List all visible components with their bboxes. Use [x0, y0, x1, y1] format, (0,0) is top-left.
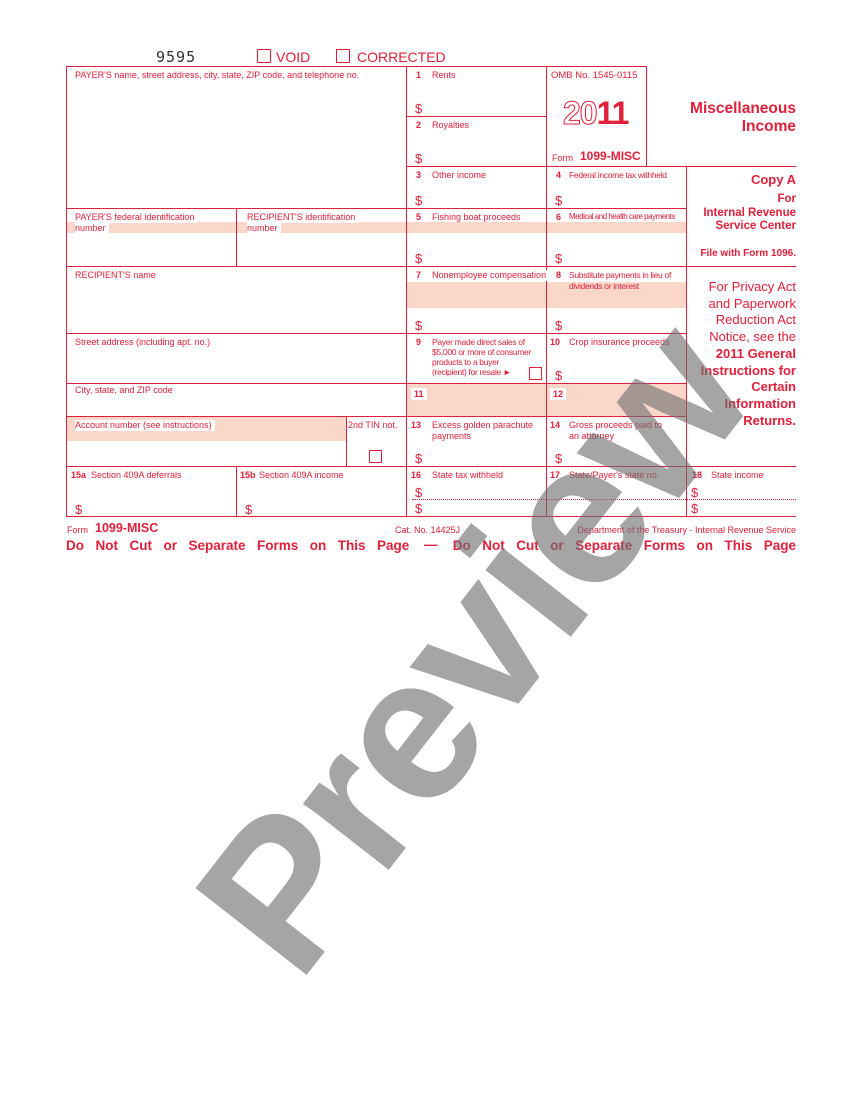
box-9-num: 9: [416, 337, 421, 347]
footer-form-name: 1099-MISC: [95, 521, 158, 535]
box-16-state-tax-field-1[interactable]: [426, 482, 545, 498]
city-state-zip-label: City, state, and ZIP code: [75, 385, 173, 396]
box-3-num: 3: [416, 170, 421, 180]
box-14-dollar: $: [555, 451, 562, 466]
form-code: 9595: [156, 48, 196, 66]
box-15a-label: Section 409A deferrals: [91, 470, 182, 481]
box-10-num: 10: [550, 337, 560, 347]
privacy-line-1: For Privacy Act: [701, 279, 796, 296]
street-address-label: Street address (including apt. no.): [75, 337, 210, 348]
box-10-crop-field[interactable]: [566, 350, 685, 382]
corrected-label: CORRECTED: [357, 49, 446, 65]
recipient-id-field[interactable]: [237, 236, 405, 265]
privacy-notice: For Privacy Act and Paperwork Reduction …: [701, 279, 796, 429]
box-3-dollar: $: [415, 193, 422, 208]
copy-irs-2: Service Center: [703, 220, 796, 234]
box-17-label: State/Payer's state no.: [569, 470, 659, 481]
box-16-label: State tax withheld: [432, 470, 503, 481]
street-address-field[interactable]: [67, 349, 405, 382]
privacy-line-6: Instructions for: [701, 363, 796, 380]
box-4-num: 4: [556, 170, 561, 180]
copy-a-recipient: For Internal Revenue Service Center: [703, 193, 796, 234]
box-15a-num: 15a: [71, 470, 86, 480]
box-8-label-1: Substitute payments in lieu of: [569, 270, 671, 281]
box-10-dollar: $: [555, 368, 562, 383]
box-13-parachute-field[interactable]: [426, 444, 545, 465]
box-15a-dollar: $: [75, 502, 82, 517]
box-16-dollar-1: $: [415, 485, 422, 500]
footer-form-prefix: Form: [67, 525, 88, 536]
box-12-field[interactable]: [547, 384, 685, 415]
box-18-state-income-field-2[interactable]: [702, 500, 796, 515]
box-13-num: 13: [411, 420, 421, 430]
box-10-label: Crop insurance proceeds: [569, 337, 670, 348]
box-7-num: 7: [416, 270, 421, 280]
tax-year-outline: 20: [563, 95, 597, 131]
payer-name-label: PAYER'S name, street address, city, stat…: [75, 70, 359, 81]
box-15b-label: Section 409A income: [259, 470, 344, 481]
box-5-fishing-field[interactable]: [426, 236, 545, 265]
box-7-nonemployee-field[interactable]: [426, 310, 545, 332]
account-number-field[interactable]: [67, 442, 345, 465]
omb-number: OMB No. 1545-0115: [551, 71, 637, 82]
box-4-dollar: $: [555, 193, 562, 208]
box-11-field[interactable]: [407, 384, 545, 415]
box-18-dollar-2: $: [691, 501, 698, 516]
do-not-cut-warning-left: Do Not Cut or Separate Forms on This Pag…: [66, 538, 409, 553]
box-7-dollar: $: [415, 318, 422, 333]
box-18-num: 18: [692, 470, 702, 480]
box-6-medical-field[interactable]: [566, 236, 685, 265]
box-14-attorney-field[interactable]: [566, 444, 685, 465]
privacy-line-7: Certain: [701, 379, 796, 396]
box-2-royalties-field[interactable]: [426, 134, 545, 165]
box-9-checkbox[interactable]: [529, 367, 542, 380]
second-tin-checkbox[interactable]: [369, 450, 382, 463]
box-2-num: 2: [416, 120, 421, 130]
box-5-dollar: $: [415, 251, 422, 266]
box-2-label: Royalties: [432, 120, 469, 131]
void-checkbox[interactable]: [257, 49, 271, 63]
corrected-checkbox[interactable]: [336, 49, 350, 63]
box-16-state-tax-field-2[interactable]: [426, 500, 545, 515]
privacy-line-3: Reduction Act: [701, 312, 796, 329]
box-18-label: State income: [711, 470, 764, 481]
box-18-dollar-1: $: [691, 485, 698, 500]
box-13-label-2: payments: [432, 431, 471, 442]
box-17-state-no-field-2[interactable]: [547, 500, 685, 515]
box-6-dollar: $: [555, 251, 562, 266]
warning-dash: —: [424, 537, 438, 552]
box-5-label: Fishing boat proceeds: [432, 212, 521, 223]
form-title: Miscellaneous Income: [690, 100, 796, 136]
recipient-name-label: RECIPIENT'S name: [75, 270, 156, 281]
box-4-fed-tax-field[interactable]: [566, 182, 685, 207]
box-2-dollar: $: [415, 151, 422, 166]
form-title-line-2: Income: [690, 118, 796, 136]
box-16-num: 16: [411, 470, 421, 480]
file-with-note: File with Form 1096.: [700, 248, 796, 259]
box-8-label-2: dividends or interest: [569, 281, 639, 292]
form-title-line-1: Miscellaneous: [690, 100, 796, 118]
box-1-num: 1: [416, 70, 421, 80]
form-name: 1099-MISC: [580, 149, 641, 163]
copy-irs-1: Internal Revenue: [703, 207, 796, 221]
account-number-label: Account number (see instructions): [75, 420, 215, 431]
tax-year-solid: 11: [597, 95, 629, 131]
second-tin-label: 2nd TIN not.: [348, 420, 397, 431]
box-16-dollar-2: $: [415, 501, 422, 516]
recipient-id-label-2: number: [247, 223, 281, 234]
copy-for: For: [703, 193, 796, 207]
city-state-zip-field[interactable]: [67, 397, 405, 415]
void-label: VOID: [276, 49, 310, 65]
privacy-line-8: Information: [701, 396, 796, 413]
box-8-num: 8: [556, 270, 561, 280]
box-7-label: Nonemployee compensation: [432, 270, 549, 281]
box-9-label-2: $5,000 or more of consumer: [432, 347, 531, 358]
box-15b-dollar: $: [245, 502, 252, 517]
box-13-label-1: Excess golden parachute: [432, 420, 533, 431]
box-15b-field[interactable]: [255, 482, 405, 515]
privacy-line-2: and Paperwork: [701, 296, 796, 313]
recipient-id-label: RECIPIENT'S identification: [247, 212, 358, 223]
department-label: Department of the Treasury - Internal Re…: [577, 525, 796, 536]
cat-number: Cat. No. 14425J: [395, 525, 460, 536]
box-8-substitute-field[interactable]: [566, 310, 685, 332]
box-3-label: Other income: [432, 170, 486, 181]
box-6-label: Medical and health care payments: [569, 212, 675, 223]
box-8-dollar: $: [555, 318, 562, 333]
box-13-dollar: $: [415, 451, 422, 466]
box-15b-num: 15b: [240, 470, 256, 480]
payer-fed-id-label: PAYER'S federal identification: [75, 212, 197, 223]
box-17-state-no-field-1[interactable]: [547, 482, 685, 498]
privacy-line-5: 2011 General: [701, 346, 796, 363]
form-prefix: Form: [552, 153, 573, 164]
box-9-label-4: (recipient) for resale ►: [432, 367, 511, 378]
box-1-rents-field[interactable]: [426, 84, 545, 115]
box-17-num: 17: [550, 470, 560, 480]
payer-fed-id-label-2: number: [75, 223, 109, 234]
do-not-cut-warning-right: Do Not Cut or Separate Forms on This Pag…: [453, 538, 796, 553]
privacy-line-4: Notice, see the: [701, 329, 796, 346]
shade-band-ids: [67, 222, 686, 233]
box-9-label-3: products to a buyer: [432, 357, 499, 368]
box-6-num: 6: [556, 212, 561, 222]
box-18-state-income-field-1[interactable]: [702, 482, 796, 498]
box-1-dollar: $: [415, 101, 422, 116]
payer-name-field[interactable]: [67, 82, 405, 207]
box-3-other-income-field[interactable]: [426, 182, 545, 207]
box-9-label-1: Payer made direct sales of: [432, 337, 525, 348]
recipient-name-field[interactable]: [67, 282, 405, 332]
box-14-num: 14: [550, 420, 560, 430]
box-1-label: Rents: [432, 70, 456, 81]
box-15a-field[interactable]: [85, 482, 235, 515]
privacy-line-9: Returns.: [701, 413, 796, 430]
box-14-label-2: an attorney: [569, 431, 614, 442]
box-14-label-1: Gross proceeds paid to: [569, 420, 662, 431]
payer-fed-id-field[interactable]: [67, 236, 235, 265]
box-4-label: Federal income tax withheld: [569, 170, 667, 181]
box-5-num: 5: [416, 212, 421, 222]
copy-a-label: Copy A: [751, 172, 796, 187]
tax-year: 2011: [563, 95, 628, 132]
